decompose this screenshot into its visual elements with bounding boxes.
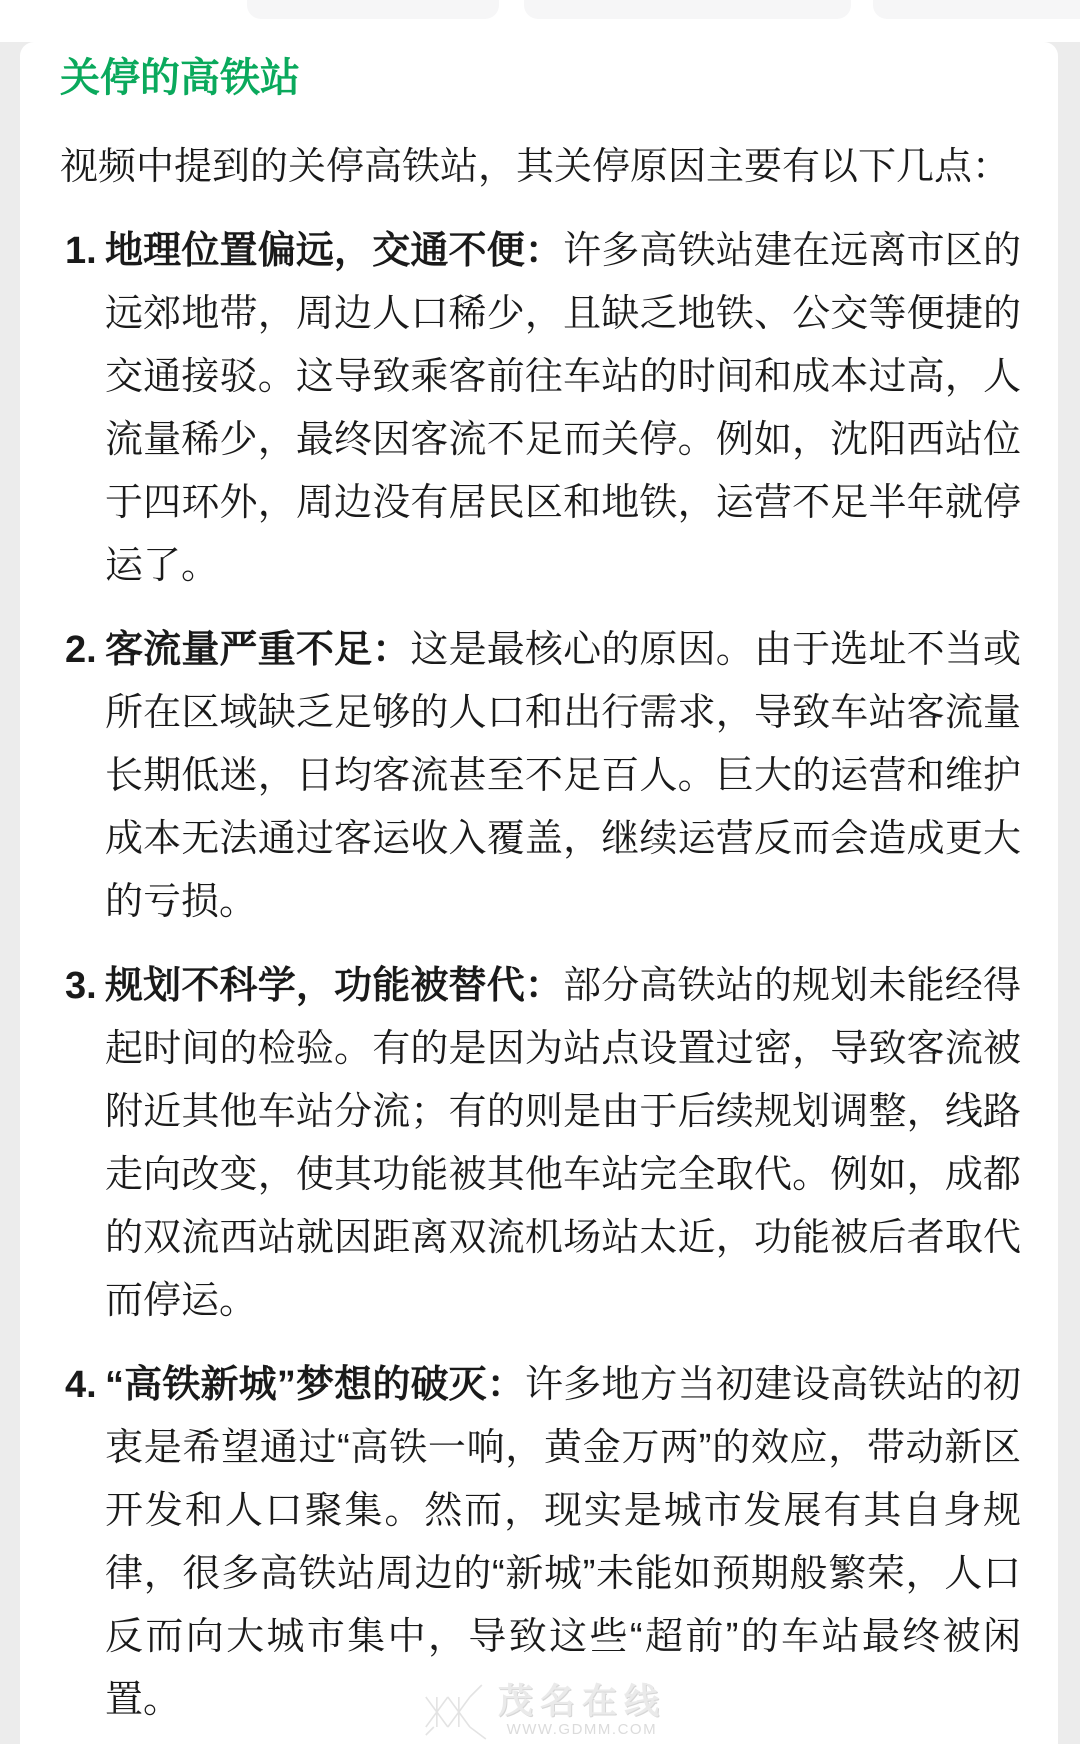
watermark-site-url: WWW.GDMM.COM [507, 1722, 657, 1738]
list-item: 1.地理位置偏远，交通不便：许多高铁站建在远离市区的远郊地带，周边人口稀少，且缺… [60, 220, 1021, 598]
list-item-number: 3. [65, 955, 97, 1018]
watermark-site-name: 茂名在线 [498, 1683, 666, 1721]
list-item-number: 1. [65, 220, 97, 283]
list-item-number: 4. [65, 1354, 97, 1417]
page-title: 关停的高铁站 [60, 54, 1021, 102]
intro-paragraph: 视频中提到的关停高铁站，其关停原因主要有以下几点： [60, 136, 1021, 199]
top-suggestion-bar [0, 0, 1080, 42]
watermark-logo-icon [424, 1683, 488, 1744]
list-item-lead: 地理位置偏远，交通不便： [105, 230, 563, 272]
list-item-body: 许多地方当初建设高铁站的初衷是希望通过“高铁一响，黄金万两”的效应，带动新区开发… [105, 1364, 1021, 1721]
list-item-number: 2. [65, 619, 97, 682]
list-item-body: 许多高铁站建在远离市区的远郊地带，周边人口稀少，且缺乏地铁、公交等便捷的交通接驳… [105, 230, 1021, 587]
watermark: 茂名在线 WWW.GDMM.COM [424, 1683, 666, 1744]
list-item: 3.规划不科学，功能被替代：部分高铁站的规划未能经得起时间的检验。有的是因为站点… [60, 955, 1021, 1333]
list-item: 4.“高铁新城”梦想的破灭：许多地方当初建设高铁站的初衷是希望通过“高铁一响，黄… [60, 1354, 1021, 1732]
list-item-body: 部分高铁站的规划未能经得起时间的检验。有的是因为站点设置过密，导致客流被附近其他… [105, 965, 1021, 1322]
suggestion-chip[interactable] [873, 0, 1080, 19]
page: { "colors": { "page_bg": "#ececec", "car… [0, 0, 1080, 1744]
list-item-lead: “高铁新城”梦想的破灭： [105, 1364, 525, 1406]
list-item-lead: 规划不科学，功能被替代： [105, 965, 563, 1007]
list-item-body: 这是最核心的原因。由于选址不当或所在区域缺乏足够的人口和出行需求，导致车站客流量… [105, 629, 1021, 923]
suggestion-chip[interactable] [524, 0, 851, 19]
list-item: 2.客流量严重不足：这是最核心的原因。由于选址不当或所在区域缺乏足够的人口和出行… [60, 619, 1021, 934]
list-item-lead: 客流量严重不足： [105, 629, 410, 671]
answer-card: 关停的高铁站 视频中提到的关停高铁站，其关停原因主要有以下几点： 1.地理位置偏… [20, 42, 1058, 1744]
suggestion-chip[interactable] [247, 0, 499, 19]
